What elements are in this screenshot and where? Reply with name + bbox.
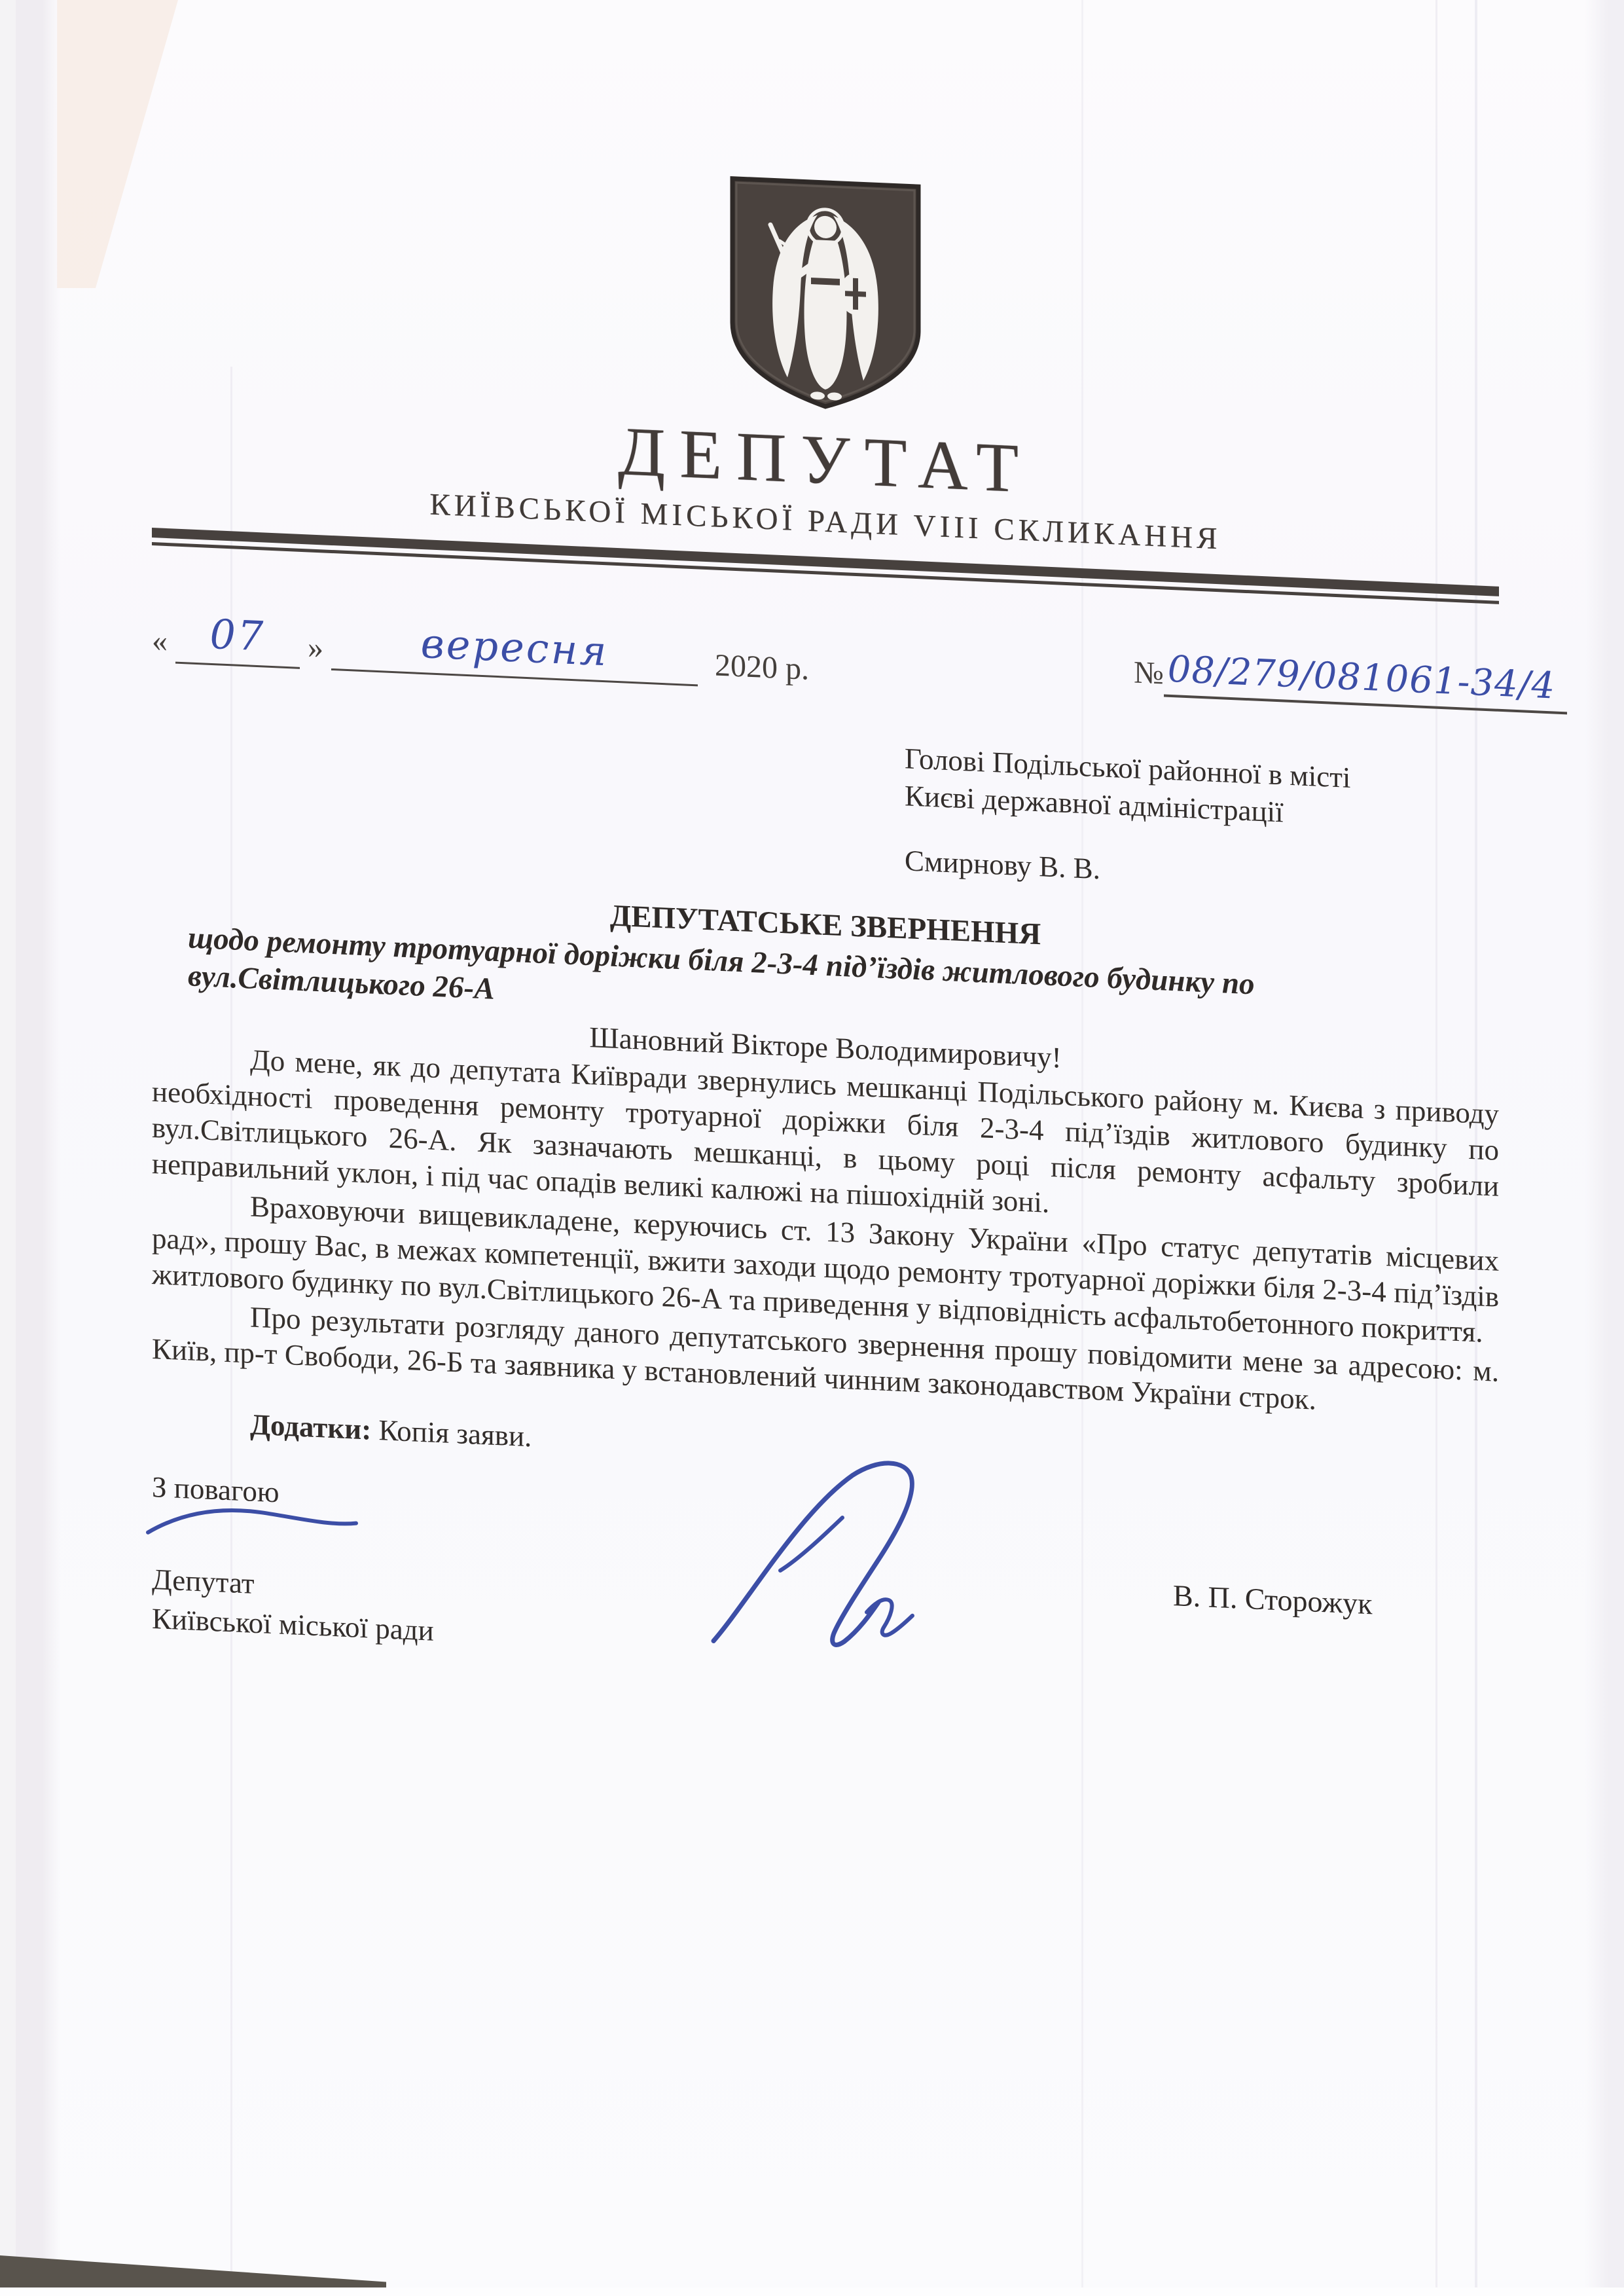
scanned-letter-page: { "letterhead": { "emblem": "kyiv-coat-o… <box>0 0 1624 2296</box>
recipient-block: Голові Подільської районної в місті Києв… <box>905 740 1481 904</box>
attachments-label: Додатки: <box>250 1408 371 1446</box>
date-day-slot: 07 <box>175 614 300 669</box>
signer-role: Депутат Київської міської ради <box>152 1559 434 1650</box>
kyiv-coat-of-arms-icon <box>727 175 924 413</box>
closing-line: З повагою <box>152 1470 414 1515</box>
handwritten-month: вересня <box>421 619 609 676</box>
handwritten-number: 08/279/081061-34/4 <box>1168 648 1555 708</box>
scanner-left-edge-shadow <box>0 0 60 2296</box>
letter-content: ДЕПУТАТ КИЇВСЬКОЇ МІСЬКОЇ РАДИ VIII СКЛИ… <box>152 111 1499 1759</box>
reference-row: « 07 » вересня 2020 р. №08/279/081061-34… <box>152 601 1499 752</box>
attachments-text: Копія заяви. <box>378 1413 532 1453</box>
date-line: « 07 » вересня 2020 р. <box>152 613 809 691</box>
handwritten-day: 07 <box>210 610 266 661</box>
quote-open: « <box>152 623 168 659</box>
quote-close: » <box>308 630 323 665</box>
signer-name: В. П. Сторожук <box>1173 1578 1372 1621</box>
scan-bottom-margin <box>0 2287 1624 2296</box>
date-month-slot: вересня <box>331 621 698 686</box>
scan-right-shade <box>1585 0 1624 2296</box>
number-sign: № <box>1134 655 1164 691</box>
recipient-name: Смирнову В. В. <box>905 842 1481 904</box>
handwritten-signature <box>702 1449 937 1656</box>
date-year: 2020 р. <box>715 648 809 687</box>
